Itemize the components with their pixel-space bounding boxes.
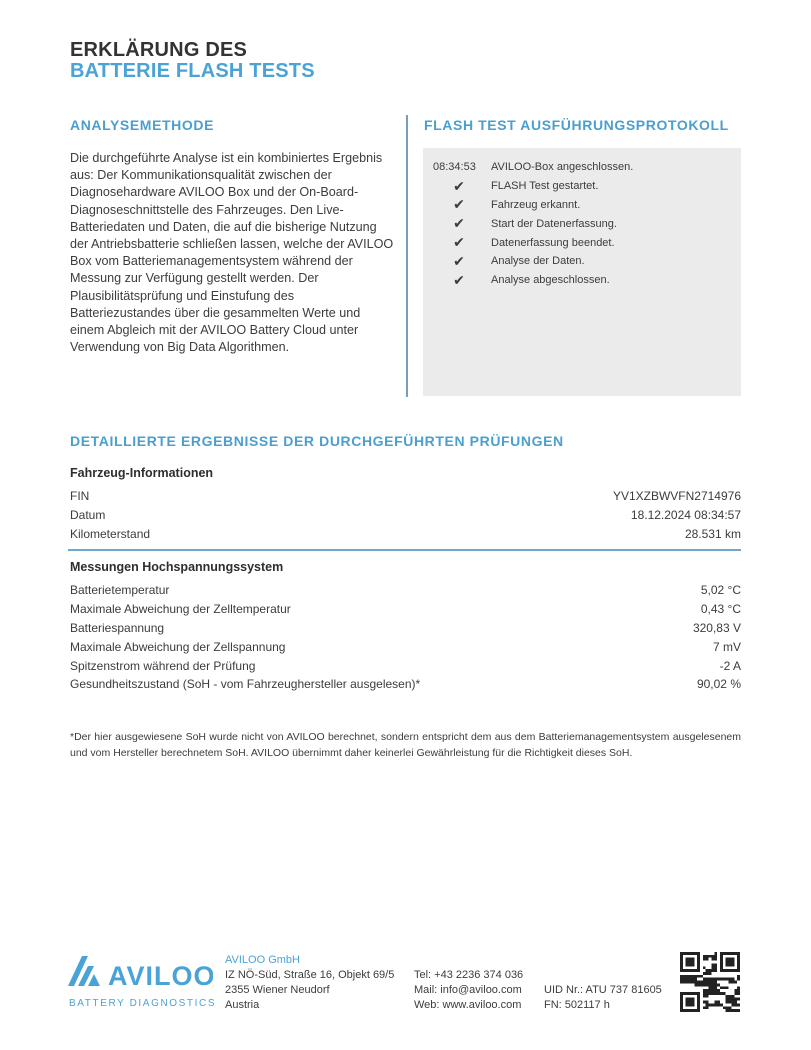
check-icon: ✔ — [433, 215, 491, 232]
aviloo-logo: AVILOO — [68, 952, 213, 992]
log-message: Analyse der Daten. — [491, 255, 633, 267]
row-value: -2 A — [720, 659, 741, 673]
log-message: Fahrzeug erkannt. — [491, 199, 633, 211]
protocol-heading: FLASH TEST AUSFÜHRUNGSPROTOKOLL — [424, 117, 729, 133]
qr-code-icon — [680, 952, 740, 1012]
check-icon: ✔ — [433, 196, 491, 213]
check-icon: ✔ — [433, 178, 491, 195]
row-value: 320,83 V — [693, 621, 741, 635]
log-timestamp: 08:34:53 — [433, 161, 491, 173]
svg-text:AVILOO: AVILOO — [108, 961, 213, 991]
row-value: 0,43 °C — [701, 602, 741, 616]
row-value: 7 mV — [713, 640, 741, 654]
log-entry: ✔ Start der Datenerfassung. — [433, 214, 633, 233]
row-label: FIN — [70, 489, 89, 503]
company-name: AVILOO GmbH — [225, 953, 394, 968]
phone: Tel: +43 2236 374 036 — [414, 968, 523, 983]
section-divider — [68, 549, 741, 551]
table-row: Maximale Abweichung der Zelltemperatur 0… — [70, 600, 741, 619]
table-row: Kilometerstand 28.531 km — [70, 525, 741, 544]
logo-subtitle: BATTERY DIAGNOSTICS — [69, 998, 216, 1009]
row-value: 18.12.2024 08:34:57 — [631, 508, 741, 522]
soh-footnote: *Der hier ausgewiesene SoH wurde nicht v… — [70, 729, 741, 761]
analysis-heading: ANALYSEMETHODE — [70, 117, 214, 133]
vehicle-info-heading: Fahrzeug-Informationen — [70, 466, 213, 480]
row-value: 5,02 °C — [701, 583, 741, 597]
row-label: Maximale Abweichung der Zellspannung — [70, 640, 285, 654]
company-address: AVILOO GmbH IZ NÖ-Süd, Straße 16, Objekt… — [225, 953, 394, 1013]
address-line: IZ NÖ-Süd, Straße 16, Objekt 69/5 — [225, 968, 394, 983]
table-row: Batterietemperatur 5,02 °C — [70, 581, 741, 600]
measurements-heading: Messungen Hochspannungssystem — [70, 560, 283, 574]
email-link[interactable]: Mail: info@aviloo.com — [414, 983, 523, 998]
log-message: Analyse abgeschlossen. — [491, 274, 633, 286]
log-entry: 08:34:53 AVILOO-Box angeschlossen. — [433, 158, 633, 177]
log-message: Datenerfassung beendet. — [491, 237, 633, 249]
log-message: FLASH Test gestartet. — [491, 180, 633, 192]
company-contact: Tel: +43 2236 374 036 Mail: info@aviloo.… — [414, 968, 523, 1013]
table-row: Maximale Abweichung der Zellspannung 7 m… — [70, 637, 741, 656]
address-line: 2355 Wiener Neudorf — [225, 983, 394, 998]
log-entry: ✔ Fahrzeug erkannt. — [433, 196, 633, 215]
web-link[interactable]: Web: www.aviloo.com — [414, 998, 523, 1013]
check-icon: ✔ — [433, 253, 491, 270]
details-heading: DETAILLIERTE ERGEBNISSE DER DURCHGEFÜHRT… — [70, 433, 564, 449]
address-line: Austria — [225, 998, 394, 1013]
page-title-line1: ERKLÄRUNG DES — [70, 40, 247, 60]
check-icon: ✔ — [433, 272, 491, 289]
fn-number: FN: 502117 h — [544, 998, 662, 1013]
row-label: Kilometerstand — [70, 527, 150, 541]
log-message: Start der Datenerfassung. — [491, 218, 633, 230]
row-label: Maximale Abweichung der Zelltemperatur — [70, 602, 291, 616]
log-entry: ✔ Analyse der Daten. — [433, 252, 633, 271]
row-label: Batterietemperatur — [70, 583, 169, 597]
row-value: 90,02 % — [697, 677, 741, 691]
check-icon: ✔ — [433, 234, 491, 251]
row-label: Spitzenstrom während der Prüfung — [70, 659, 255, 673]
row-value: 28.531 km — [685, 527, 741, 541]
log-entry: ✔ Datenerfassung beendet. — [433, 233, 633, 252]
row-label: Datum — [70, 508, 105, 522]
aviloo-logo-icon: AVILOO — [68, 952, 213, 992]
protocol-log-box: 08:34:53 AVILOO-Box angeschlossen. ✔ FLA… — [423, 148, 741, 396]
log-message: AVILOO-Box angeschlossen. — [491, 161, 633, 173]
column-divider — [406, 115, 408, 397]
log-entry: ✔ Analyse abgeschlossen. — [433, 271, 633, 290]
table-row: Batteriespannung 320,83 V — [70, 619, 741, 638]
row-value: YV1XZBWVFN2714976 — [613, 489, 741, 503]
table-row: FIN YV1XZBWVFN2714976 — [70, 487, 741, 506]
table-row: Datum 18.12.2024 08:34:57 — [70, 506, 741, 525]
table-row: Spitzenstrom während der Prüfung -2 A — [70, 656, 741, 675]
vehicle-info-table: FIN YV1XZBWVFN2714976 Datum 18.12.2024 0… — [70, 487, 741, 543]
page-title-line2: BATTERIE FLASH TESTS — [70, 61, 315, 81]
protocol-log: 08:34:53 AVILOO-Box angeschlossen. ✔ FLA… — [433, 158, 633, 290]
row-label: Batteriespannung — [70, 621, 164, 635]
analysis-text: Die durchgeführte Analyse ist ein kombin… — [70, 150, 395, 356]
table-row: Gesundheitszustand (SoH - vom Fahrzeughe… — [70, 675, 741, 694]
log-entry: ✔ FLASH Test gestartet. — [433, 177, 633, 196]
company-registration: UID Nr.: ATU 737 81605 FN: 502117 h — [544, 983, 662, 1013]
uid-number: UID Nr.: ATU 737 81605 — [544, 983, 662, 998]
measurements-table: Batterietemperatur 5,02 °C Maximale Abwe… — [70, 581, 741, 694]
row-label: Gesundheitszustand (SoH - vom Fahrzeughe… — [70, 677, 420, 691]
